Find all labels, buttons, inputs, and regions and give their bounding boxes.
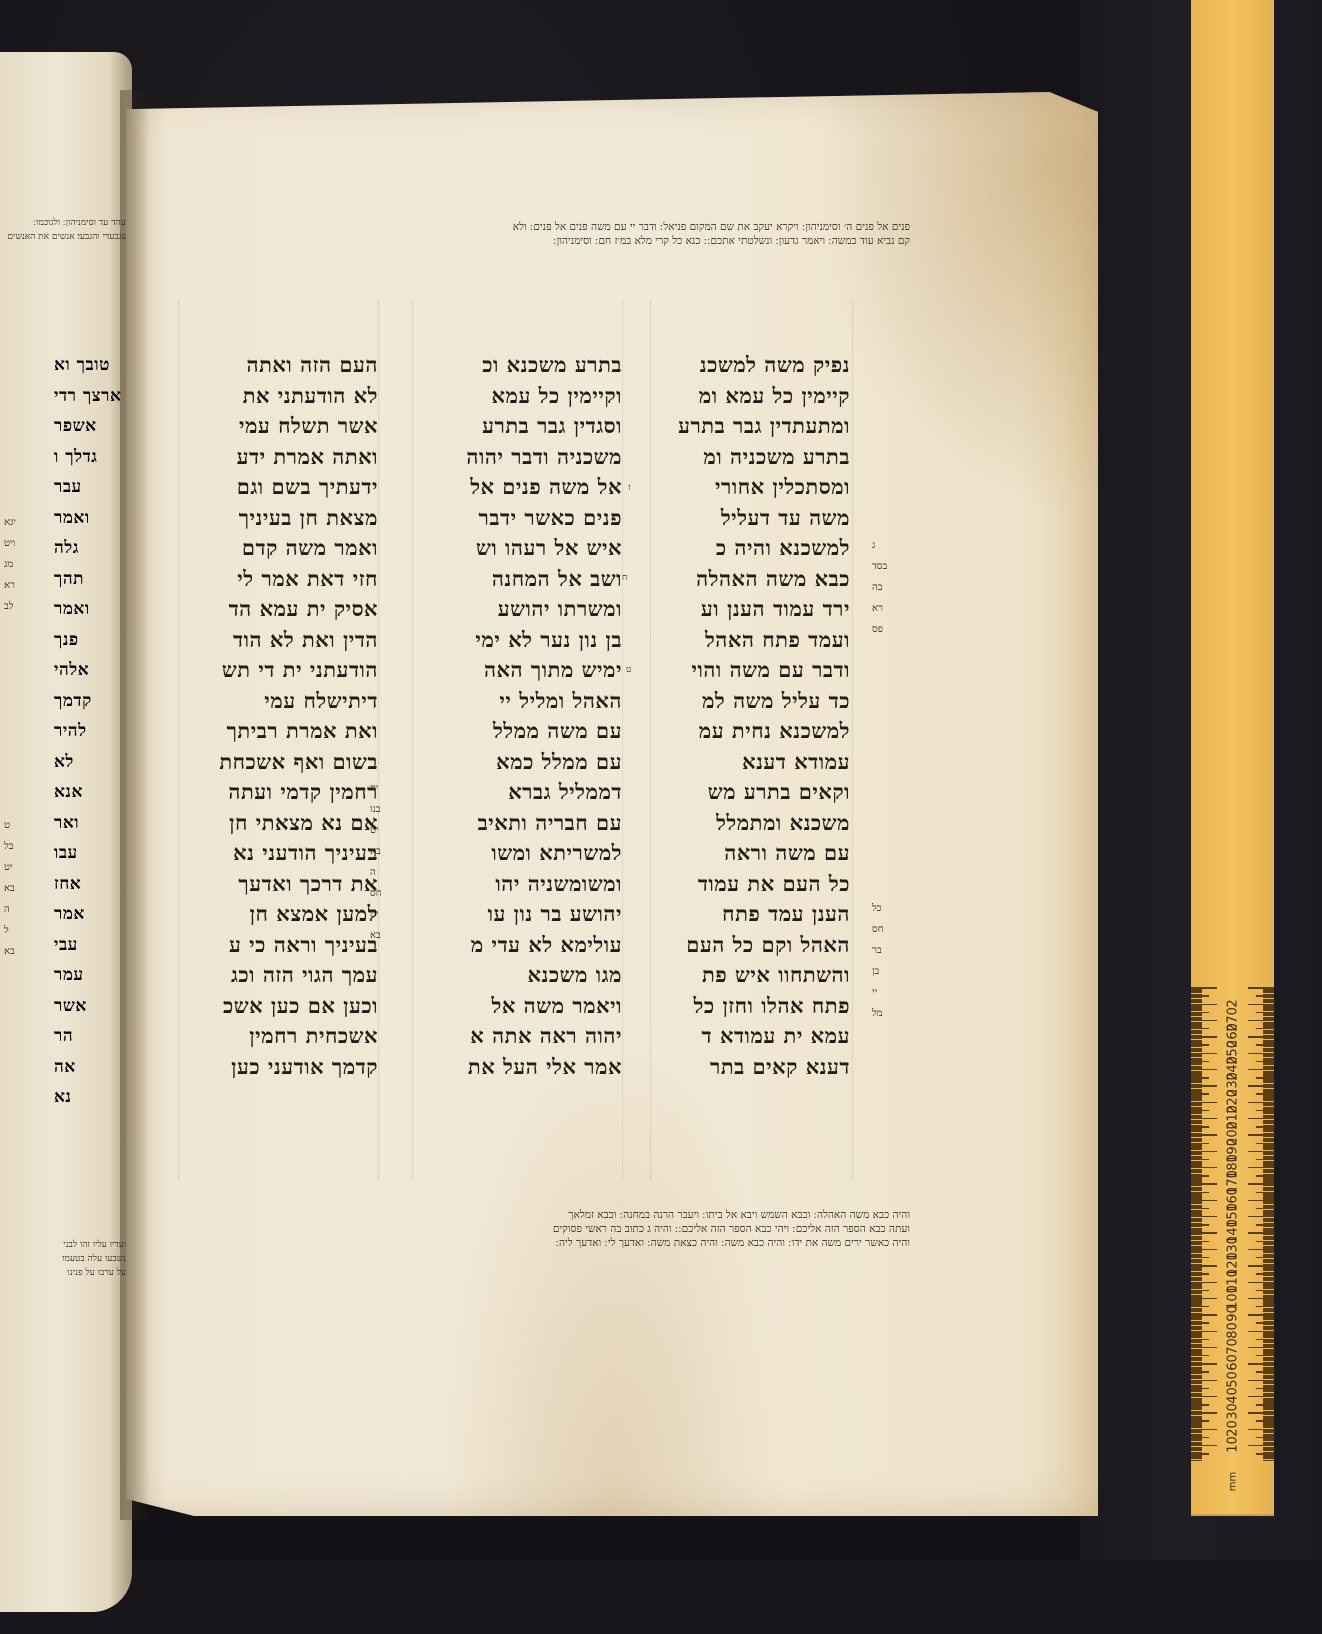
ruler-tick <box>1263 1398 1274 1399</box>
ruler-tick <box>1191 1074 1202 1075</box>
text-line: למשריתא ומשו <box>412 838 622 869</box>
ruler-tick <box>1263 1023 1274 1024</box>
text-line: ואמר משה קדם <box>178 533 378 564</box>
marginal-note: רא <box>872 598 883 619</box>
ruler-tick <box>1263 1188 1274 1189</box>
ruler-tick <box>1263 1097 1274 1098</box>
ruler-tick <box>1191 1025 1202 1026</box>
text-line: ואת אמרת רביתך <box>178 716 378 747</box>
text-line: את דרכך ואדעך <box>178 869 378 900</box>
ruler-tick <box>1191 1157 1202 1158</box>
ruler-tick <box>1263 1352 1274 1353</box>
ruler-tick <box>1191 1002 1202 1003</box>
ruler-tick <box>1191 1154 1202 1155</box>
cloth-fold-bottom <box>0 1560 1322 1634</box>
ruler-tick <box>1256 1012 1274 1013</box>
ruler-tick <box>1191 1098 1202 1099</box>
ruler-tick <box>1248 1069 1274 1070</box>
ruler-tick <box>1248 1363 1274 1364</box>
marginal-note: יח <box>370 778 379 799</box>
ruler-tick <box>1191 1000 1202 1001</box>
ruler-tick <box>1263 1411 1274 1412</box>
ruler-tick <box>1263 1138 1274 1139</box>
ruler-tick <box>1191 1417 1202 1418</box>
ruler-tick <box>1191 1102 1217 1103</box>
ruler-tick <box>1191 1041 1202 1042</box>
ruler-tick <box>1191 1149 1202 1150</box>
ruler-tick <box>1263 1218 1274 1219</box>
ruler-tick <box>1191 1339 1209 1340</box>
ruler-tick <box>1263 1340 1274 1341</box>
ruler-tick <box>1263 1154 1274 1155</box>
text-line: איש אל רעהו וש <box>412 533 622 564</box>
ruler-tick <box>1191 1386 1202 1387</box>
ruler-tick <box>1263 1311 1274 1312</box>
ruler-tick <box>1263 1203 1274 1204</box>
ruler-tick <box>1263 1370 1274 1371</box>
ruler-tick <box>1191 1136 1202 1137</box>
ruler-tick <box>1191 1085 1217 1086</box>
text-line: דענא קאים בתר <box>650 1052 850 1083</box>
ruler-tick <box>1191 990 1202 991</box>
ruler-tick <box>1256 1257 1274 1258</box>
ruler-tick <box>1263 994 1274 995</box>
text-line: עם ממלל כמא <box>412 747 622 778</box>
ruler-tick <box>1191 1107 1202 1108</box>
ruler-tick <box>1191 1056 1202 1057</box>
ruler-tick <box>1191 1005 1202 1006</box>
text-line: בתרע משכניה ומ <box>650 442 850 473</box>
ruler-tick <box>1263 1280 1274 1281</box>
ruler-tick <box>1191 1015 1202 1016</box>
marginal-note: רא <box>4 575 15 596</box>
marginal-note: יגא <box>4 512 16 533</box>
ruler-tick <box>1191 1429 1217 1430</box>
text-line: אמר אלי העל את <box>412 1052 622 1083</box>
ruler-tick <box>1263 1105 1274 1106</box>
text-line: והשתחוו איש פת <box>650 960 850 991</box>
text-line: גדלך ו <box>54 442 130 473</box>
ruler-tick <box>1191 1414 1202 1415</box>
ruler-tick <box>1191 1028 1209 1029</box>
ruler-tick <box>1191 1133 1202 1134</box>
ruler-tick <box>1263 1018 1274 1019</box>
ruler-tick <box>1191 1192 1209 1193</box>
ruler-tick <box>1263 1231 1274 1232</box>
ruler-tick <box>1191 1311 1202 1312</box>
ruler-tick <box>1248 1085 1274 1086</box>
ruler-tick <box>1256 1077 1274 1078</box>
ruler-tick <box>1263 1079 1274 1080</box>
ruler-tick <box>1191 1062 1202 1063</box>
ruler-tick <box>1191 1282 1217 1283</box>
text-line: משה עד דעליל <box>650 503 850 534</box>
ruler-tick <box>1263 1373 1274 1374</box>
ruler-tick <box>1248 1020 1274 1021</box>
text-line: כבא משה האהלה <box>650 564 850 595</box>
ruler-tick <box>1263 1381 1274 1382</box>
text-line: בן נון נער לא ימי <box>412 625 622 656</box>
ruler-tick <box>1191 1291 1202 1292</box>
marginal-note: ה <box>4 899 10 920</box>
text-line: למשכנא והיה כ <box>650 533 850 564</box>
ruler-tick <box>1191 1357 1202 1358</box>
masorah-line: נשבעו עלה בטעמו <box>0 1252 126 1266</box>
masorah-line: ועתה כבא הספר הזה אליכם ׃ ויהי כבא הספר … <box>180 1222 910 1236</box>
ruler-tick <box>1191 1219 1202 1220</box>
ruler-tick <box>1263 1228 1274 1229</box>
ruler-tick <box>1263 1268 1274 1269</box>
ruler-tick <box>1191 1223 1202 1224</box>
ruler-tick <box>1191 1188 1202 1189</box>
ruler-tick <box>1191 1393 1202 1394</box>
ruler-tick <box>1256 1355 1274 1356</box>
text-line: אשכחית רחמין <box>178 1021 378 1052</box>
ruler-tick <box>1256 1290 1274 1291</box>
ruler-tick <box>1263 1071 1274 1072</box>
ruler-tick <box>1263 1427 1274 1428</box>
ruler-tick <box>1191 1239 1202 1240</box>
ruler-tick <box>1191 1162 1202 1163</box>
ruler-tick <box>1263 1017 1274 1018</box>
ruler-tick <box>1263 1147 1274 1148</box>
ruler-tick <box>1263 1345 1274 1346</box>
ruler-tick <box>1263 1342 1274 1343</box>
text-line: האהל וקם כל העם <box>650 930 850 961</box>
ruler-tick <box>1263 1221 1274 1222</box>
ruler-tick <box>1191 1321 1202 1322</box>
ruler-tick <box>1248 1445 1274 1446</box>
text-line: עמך הגוי הזה וכג <box>178 960 378 991</box>
ruler-tick <box>1248 1118 1274 1119</box>
ruler-tick <box>1191 1420 1209 1421</box>
text-line: אסיק ית עמא הד <box>178 594 378 625</box>
ruler-tick <box>1191 1304 1202 1305</box>
ruler-tick <box>1191 1178 1202 1179</box>
text-line: טובך וא <box>54 350 130 381</box>
ruler-tick <box>1191 1293 1202 1294</box>
text-column-middle: בתרע משכנא וכוקיימין כל עמאוסגדין גבר בת… <box>412 350 622 1082</box>
marginal-note: בא <box>370 925 381 946</box>
ruler-tick <box>1263 1146 1274 1147</box>
ruler-tick <box>1263 1174 1274 1175</box>
masorah-line: והיה כבא משה האהלה ׃ וכבא השמש ויבא אל ב… <box>180 1208 910 1222</box>
ruler-tick <box>1191 1411 1202 1412</box>
ruler-tick <box>1263 1113 1274 1114</box>
ruler-tick <box>1263 1376 1274 1377</box>
ruler-tick <box>1248 1314 1274 1315</box>
ruler-tick <box>1263 1180 1274 1181</box>
ruler-tick <box>1191 1286 1202 1287</box>
ruler-tick <box>1263 1072 1274 1073</box>
ruler-tick <box>1191 992 1202 993</box>
ruler-tick <box>1191 1067 1202 1068</box>
ruler-tick <box>1263 1198 1274 1199</box>
ruler-tick <box>1256 1241 1274 1242</box>
masorah-parva-right-upper: גבסדבהראפס <box>872 535 902 640</box>
ruler-tick <box>1191 1038 1202 1039</box>
masorah-line: פנים אל פנים ה׳ וסימניהון ׃ ויקרא יעקב א… <box>180 220 910 234</box>
ruler-tick <box>1191 1350 1202 1351</box>
text-line: דממליל גברא <box>412 777 622 808</box>
ruler-tick <box>1191 1051 1202 1052</box>
ruler-tick <box>1191 1456 1202 1457</box>
ruler-tick <box>1191 1383 1202 1384</box>
ruler-tick <box>1263 1378 1274 1379</box>
text-line: עמא ית עמודא ד <box>650 1021 850 1052</box>
ruler-tick <box>1263 1161 1274 1162</box>
ruler-tick <box>1191 1116 1202 1117</box>
ruler-tick <box>1248 1298 1274 1299</box>
ruler-tick <box>1191 1033 1202 1034</box>
text-line: עבו <box>54 838 130 869</box>
marginal-note: יט <box>4 857 13 878</box>
marginal-note: בא <box>4 878 15 899</box>
text-line: הענן עמד פתח <box>650 899 850 930</box>
ruler-tick <box>1263 1214 1274 1215</box>
ruler-tick <box>1263 1409 1274 1410</box>
ruler-tick <box>1263 1223 1274 1224</box>
ruler-tick <box>1263 999 1274 1000</box>
ruler-tick <box>1263 1383 1274 1384</box>
ruler-tick <box>1191 1110 1209 1111</box>
ruler-tick <box>1263 1247 1274 1248</box>
text-line: בעיניך וראה כי ע <box>178 930 378 961</box>
marginal-note: יס <box>370 904 378 925</box>
ruler-tick <box>1263 1349 1274 1350</box>
marginal-note: בא <box>4 941 15 962</box>
ruler-tick <box>1263 1108 1274 1109</box>
ruler-tick <box>1256 1420 1274 1421</box>
ruler-tick <box>1263 1309 1274 1310</box>
text-line: חזי דאת אמר לי <box>178 564 378 595</box>
ruler-tick <box>1191 1035 1202 1036</box>
ruler-tick <box>1263 1456 1274 1457</box>
ruler-tick <box>1191 1147 1202 1148</box>
ruler-tick <box>1248 1412 1274 1413</box>
ruler-tick <box>1191 1399 1202 1400</box>
ruler-tick <box>1263 1177 1274 1178</box>
ruler-tick <box>1263 1092 1274 1093</box>
ruler-tick <box>1263 1133 1274 1134</box>
ruler-tick <box>1191 1169 1202 1170</box>
column-ruling <box>852 300 853 1180</box>
ruler-tick <box>1263 1393 1274 1394</box>
ruler-tick <box>1263 1286 1274 1287</box>
marginal-note: בן <box>872 961 879 982</box>
ruler-tick <box>1191 1430 1202 1431</box>
text-line: ואמר <box>54 503 130 534</box>
text-line: למען אמצא חן <box>178 899 378 930</box>
ruler-tick <box>1263 1455 1274 1456</box>
ruler-tick <box>1191 1340 1202 1341</box>
ruler-tick <box>1191 1049 1202 1050</box>
ruler-tick <box>1263 1416 1274 1417</box>
ruler-tick <box>1263 1443 1274 1444</box>
ruler-tick <box>1191 1353 1202 1354</box>
ruler-tick <box>1191 1296 1202 1297</box>
ruler-tick <box>1263 1136 1274 1137</box>
ruler-tick <box>1248 1249 1274 1250</box>
ruler-tick <box>1263 1035 1274 1036</box>
ruler-tick <box>1191 1182 1202 1183</box>
ruler-tick <box>1191 1146 1202 1147</box>
ruler-tick <box>1263 1062 1274 1063</box>
ruler-tick <box>1263 1190 1274 1191</box>
ruler-tick <box>1191 1115 1202 1116</box>
verse-mark: ט <box>626 664 631 675</box>
ruler-tick <box>1191 1283 1202 1284</box>
ruler-tick <box>1191 1412 1217 1413</box>
ruler-tick <box>1263 1051 1274 1052</box>
ruler-tick <box>1191 1290 1209 1291</box>
text-line: ועמד פתח האהל <box>650 625 850 656</box>
ruler-tick <box>1263 1090 1274 1091</box>
ruler-tick <box>1191 1214 1202 1215</box>
ruler-tick <box>1191 1093 1209 1094</box>
ruler-tick <box>1191 1244 1202 1245</box>
ruler-tick <box>1263 1178 1274 1179</box>
text-line: ידעתיך בשם וגם <box>178 472 378 503</box>
ruler-tick <box>1191 1082 1202 1083</box>
ruler-tick <box>1191 1167 1217 1168</box>
ruler-tick <box>1191 1044 1209 1045</box>
ruler-tick <box>1191 1046 1202 1047</box>
ruler-tick <box>1263 1334 1274 1335</box>
ruler-tick <box>1191 1139 1202 1140</box>
ruler-tick <box>1191 1427 1202 1428</box>
marginal-note: יט <box>370 820 379 841</box>
ruler-tick <box>1263 1170 1274 1171</box>
ruler-tick <box>1191 1267 1202 1268</box>
text-line: פנים כאשר ידבר <box>412 503 622 534</box>
ruler-tick <box>1263 1054 1274 1055</box>
ruler-tick <box>1191 1174 1202 1175</box>
ruler-tick <box>1263 1367 1274 1368</box>
ruler-tick <box>1263 1007 1274 1008</box>
ruler-tick <box>1191 1232 1217 1233</box>
ruler-tick <box>1191 1131 1202 1132</box>
ruler-tick <box>1256 1306 1274 1307</box>
text-column-left: העם הזה ואתהלא הודעתני אתאשר תשלח עמיואת… <box>178 350 378 1082</box>
ruler-tick <box>1263 1250 1274 1251</box>
text-line: ויאמר משה אל <box>412 991 622 1022</box>
ruler-tick <box>1263 1450 1274 1451</box>
ruler-tick <box>1191 1089 1202 1090</box>
ruler-tick <box>1248 1200 1274 1201</box>
ruler-tick <box>1263 1033 1274 1034</box>
ruler-tick <box>1256 1028 1274 1029</box>
ruler-tick <box>1191 1313 1202 1314</box>
text-line: הודעתני ית די תש <box>178 655 378 686</box>
text-line: פנך <box>54 625 130 656</box>
ruler-tick <box>1263 992 1274 993</box>
ruler-tick <box>1191 1095 1202 1096</box>
ruler-tick <box>1263 1350 1274 1351</box>
ruler-tick <box>1191 1228 1202 1229</box>
ruler-tick <box>1263 1293 1274 1294</box>
ruler-tick <box>1191 1327 1202 1328</box>
ruler-tick <box>1263 1440 1274 1441</box>
text-line: העם הזה ואתה <box>178 350 378 381</box>
ruler-tick <box>1191 1308 1202 1309</box>
ruler-tick <box>1191 1152 1202 1153</box>
ruler-tick <box>1256 1093 1274 1094</box>
ruler-tick <box>1191 1026 1202 1027</box>
marginal-note: בסד <box>872 556 887 577</box>
ruler-tick <box>1191 1004 1217 1005</box>
ruler-tick <box>1191 994 1202 995</box>
ruler-tick <box>1263 1438 1274 1439</box>
text-line: לא הודעתני את <box>178 381 378 412</box>
ruler-tick <box>1191 1193 1202 1194</box>
marginal-note: פס <box>872 619 883 640</box>
text-line: מצאת חן בעיניך <box>178 503 378 534</box>
ruler-tick <box>1263 1353 1274 1354</box>
ruler-tick <box>1263 1048 1274 1049</box>
ruler-tick <box>1191 1367 1202 1368</box>
masorah-magna-top: פנים אל פנים ה׳ וסימניהון ׃ ויקרא יעקב א… <box>180 220 910 248</box>
ruler-tick <box>1256 1404 1274 1405</box>
ruler-tick <box>1191 1303 1202 1304</box>
ruler-tick <box>1263 1030 1274 1031</box>
ruler-tick <box>1248 1396 1274 1397</box>
ruler-tick <box>1191 1334 1202 1335</box>
text-line: קיימין כל עמא ומ <box>650 381 850 412</box>
ruler-tick <box>1191 1156 1202 1157</box>
ruler-tick <box>1191 1442 1202 1443</box>
ruler-tick <box>1191 1347 1217 1348</box>
ruler-tick <box>1191 1185 1202 1186</box>
ruler-tick <box>1263 1172 1274 1173</box>
facing-text-column: טובך ואארצך רדיאשפר רחבגדלך ועברואמרגלהת… <box>54 350 130 1113</box>
ruler-tick <box>1263 1193 1274 1194</box>
ruler-tick <box>1191 1183 1217 1184</box>
text-line: אנא <box>54 777 130 808</box>
ruler-tick <box>1263 1385 1274 1386</box>
ruler-tick <box>1263 1038 1274 1039</box>
ruler-tick <box>1191 1440 1202 1441</box>
ruler-tick <box>1263 1152 1274 1153</box>
ruler-tick <box>1191 1071 1202 1072</box>
text-line: ומשרתו יהושע <box>412 594 622 625</box>
ruler-unit-label: mm <box>1228 1462 1239 1502</box>
ruler-tick <box>1191 1349 1202 1350</box>
ruler-tick <box>1256 1110 1274 1111</box>
ruler-tick <box>1191 1048 1202 1049</box>
ruler-tick <box>1248 1004 1274 1005</box>
ruler-tick <box>1263 1095 1274 1096</box>
ruler-tick <box>1263 1362 1274 1363</box>
ruler-tick <box>1256 1061 1274 1062</box>
ruler-tick <box>1191 1113 1202 1114</box>
ruler-tick <box>1263 1447 1274 1448</box>
ruler-tick <box>1263 1010 1274 1011</box>
text-line: בעיניך הודעני נא <box>178 838 378 869</box>
ruler-tick <box>1263 1391 1274 1392</box>
ruler-tick <box>1191 1352 1202 1353</box>
ruler-tick <box>1191 1144 1202 1145</box>
ruler-tick <box>1256 1339 1274 1340</box>
ruler-tick <box>1191 1200 1217 1201</box>
ruler-tick <box>1263 1040 1274 1041</box>
ruler-tick <box>1191 1450 1202 1451</box>
ruler-tick <box>1263 1399 1274 1400</box>
ruler-tick <box>1191 1043 1202 1044</box>
ruler-tick <box>1191 1342 1202 1343</box>
ruler-tick <box>1191 1097 1202 1098</box>
ruler-tick <box>1263 1111 1274 1112</box>
